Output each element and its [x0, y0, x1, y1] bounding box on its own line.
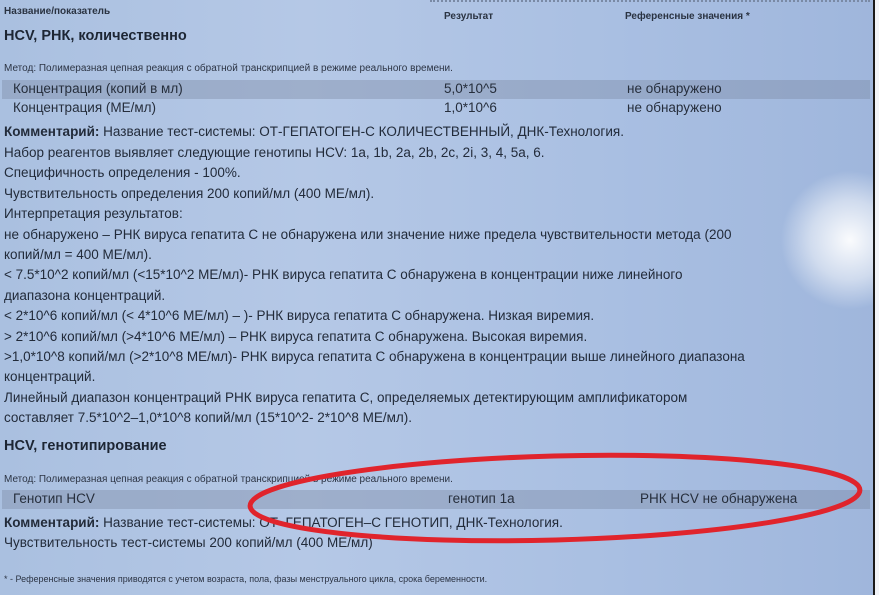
result-row-value: 1,0*10^6 — [444, 100, 497, 115]
interpretation-line: концентраций. — [4, 369, 95, 384]
section2-sensitivity: Чувствительность тест-системы 200 копий/… — [4, 535, 373, 550]
result-row-name: Генотип HCV — [13, 491, 95, 506]
section-title-hcv-rna: HCV, РНК, количественно — [4, 28, 187, 44]
section-title-hcv-genotyping: HCV, генотипирование — [4, 438, 167, 454]
section1-method: Метод: Полимеразная цепная реакция с обр… — [4, 63, 453, 74]
interpretation-line: < 2*10^6 копий/мл (< 4*10^6 МЕ/мл) – )- … — [4, 308, 594, 323]
result-row: Генотип HCV генотип 1а РНК HCV не обнару… — [2, 490, 870, 509]
interpretation-line: не обнаружено – РНК вируса гепатита С не… — [4, 227, 731, 242]
interpretation-line: диапазона концентраций. — [4, 288, 165, 303]
interpretation-line: Интерпретация результатов: — [4, 206, 183, 221]
lab-report-page: Название/показатель Результат Референсны… — [0, 0, 873, 595]
result-row-reference: не обнаружено — [627, 100, 722, 115]
comment-label: Комментарий: — [4, 124, 99, 139]
result-row-name: Концентрация (МЕ/мл) — [13, 100, 156, 115]
section2-comment: Комментарий: Название тест-системы: ОТ–Г… — [4, 515, 563, 530]
section1-comment: Комментарий: Название тест-системы: ОТ-Г… — [4, 124, 624, 139]
result-row: Концентрация (МЕ/мл) 1,0*10^6 не обнаруж… — [2, 99, 870, 118]
comment-text: Название тест-системы: ОТ-ГЕПАТОГЕН-С КО… — [99, 124, 624, 139]
result-row-reference: РНК HCV не обнаружена — [640, 491, 797, 506]
light-glare — [780, 170, 879, 310]
interpretation-line: составляет 7.5*10^2–1,0*10^8 копий/мл (1… — [4, 410, 412, 425]
interpretation-line: > 2*10^6 копий/мл (>4*10^6 МЕ/мл) – РНК … — [4, 329, 587, 344]
interpretation-line: >1,0*10^8 копий/мл (>2*10^8 МЕ/мл)- РНК … — [4, 349, 745, 364]
result-row-name: Концентрация (копий в мл) — [13, 81, 183, 96]
comment-label: Комментарий: — [4, 515, 99, 530]
interpretation-line: Набор реагентов выявляет следующие генот… — [4, 145, 545, 160]
section2-method: Метод: Полимеразная цепная реакция с обр… — [4, 474, 453, 485]
perforation-line — [430, 0, 870, 5]
interpretation-line: Линейный диапазон концентраций РНК вирус… — [4, 390, 687, 405]
interpretation-line: копий/мл = 400 МЕ/мл). — [4, 247, 152, 262]
footnote: * - Референсные значения приводятся с уч… — [4, 574, 487, 584]
column-header-reference: Референсные значения * — [625, 11, 750, 22]
interpretation-line: Специфичность определения - 100%. — [4, 165, 241, 180]
result-row-value: 5,0*10^5 — [444, 81, 497, 96]
interpretation-line: < 7.5*10^2 копий/мл (<15*10^2 МЕ/мл)- РН… — [4, 267, 683, 282]
result-row-value: генотип 1а — [448, 491, 515, 506]
result-row: Концентрация (копий в мл) 5,0*10^5 не об… — [2, 80, 870, 99]
page-edge — [873, 0, 879, 595]
result-row-reference: не обнаружено — [627, 81, 722, 96]
comment-text: Название тест-системы: ОТ–ГЕПАТОГЕН–С ГЕ… — [99, 515, 562, 530]
interpretation-line: Чувствительность определения 200 копий/м… — [4, 186, 374, 201]
column-header-result: Результат — [444, 11, 493, 22]
column-header-name: Название/показатель — [4, 6, 110, 17]
